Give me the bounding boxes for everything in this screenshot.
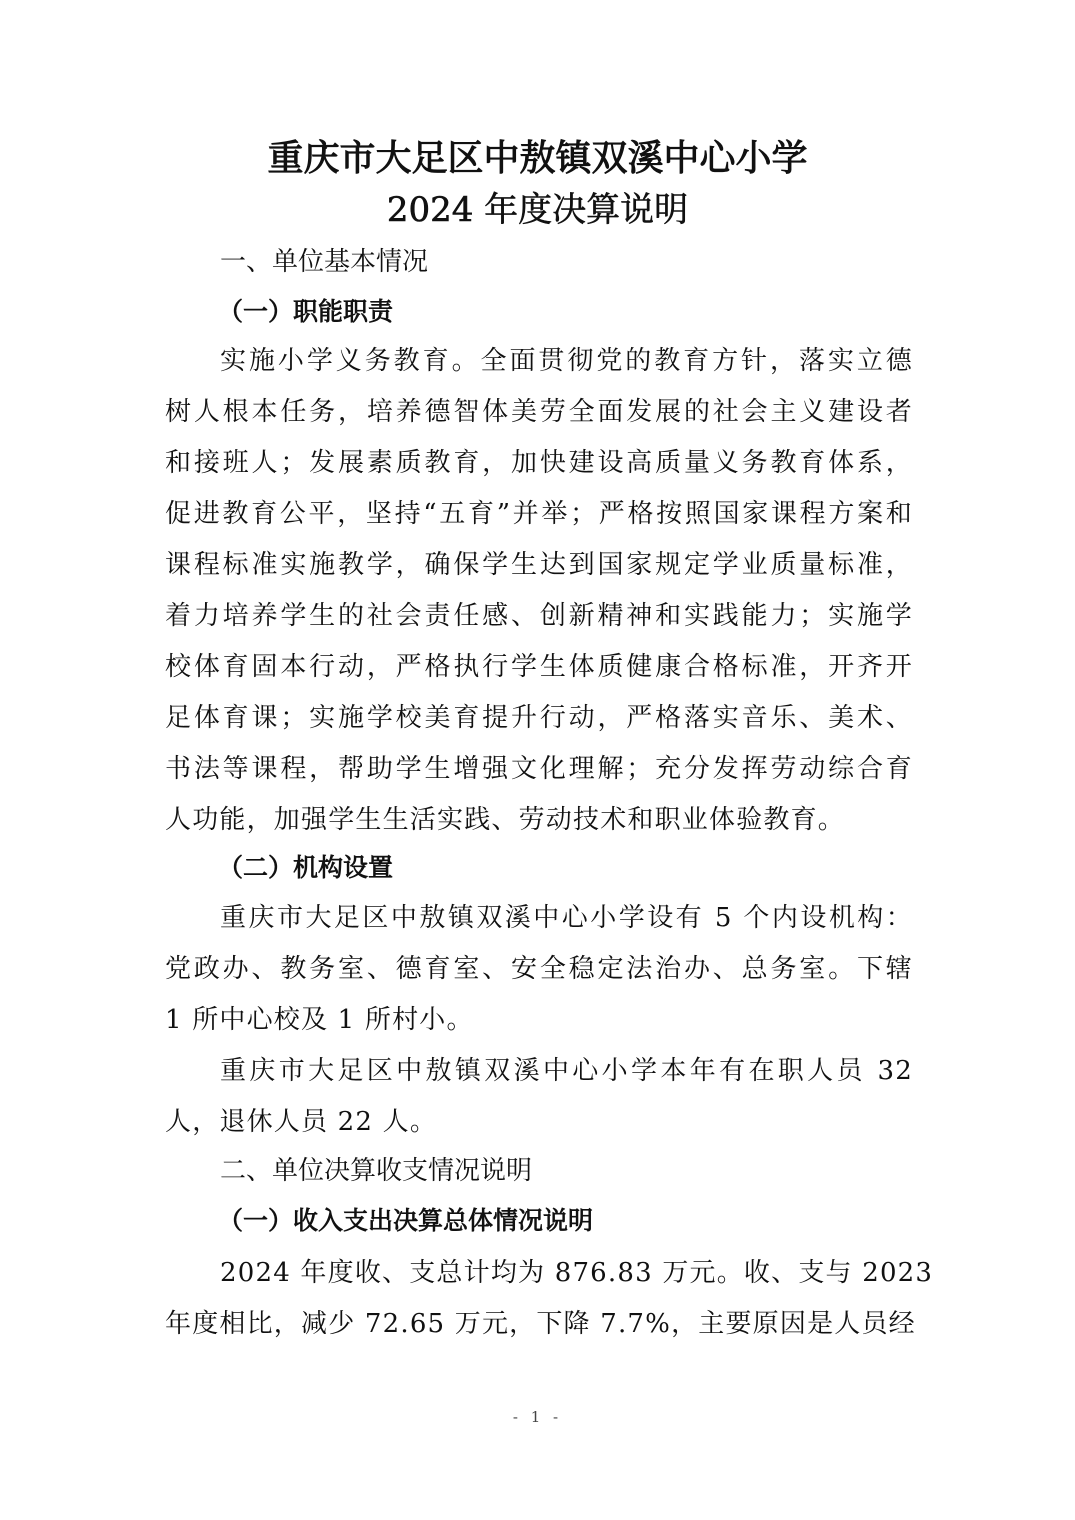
paragraph-line: 着力培养学生的社会责任感、创新精神和实践能力；实施学	[165, 598, 913, 634]
paragraph-line: 足体育课；实施学校美育提升行动，严格落实音乐、美术、	[165, 700, 913, 736]
paragraph-line: 重庆市大足区中敖镇双溪中心小学设有 5 个内设机构：	[220, 900, 913, 936]
paragraph-line: 课程标准实施教学，确保学生达到国家规定学业质量标准，	[165, 547, 913, 583]
paragraph-line: 人，退休人员 22 人。	[165, 1104, 913, 1140]
document-page: 重庆市大足区中敖镇双溪中心小学 2024 年度决算说明 一、单位基本情况 （一）…	[0, 0, 1075, 1520]
section2-sub1-heading: （一）收入支出决算总体情况说明	[218, 1203, 593, 1239]
paragraph-line: 1 所中心校及 1 所村小。	[165, 1002, 913, 1038]
document-title-line1: 重庆市大足区中敖镇双溪中心小学	[0, 136, 1075, 180]
paragraph-line: 树人根本任务，培养德智体美劳全面发展的社会主义建设者	[165, 394, 913, 430]
paragraph-line: 重庆市大足区中敖镇双溪中心小学本年有在职人员 32	[220, 1053, 913, 1089]
paragraph-line: 人功能，加强学生生活实践、劳动技术和职业体验教育。	[165, 802, 913, 838]
paragraph-line: 党政办、教务室、德育室、安全稳定法治办、总务室。下辖	[165, 951, 913, 987]
page-number: - 1 -	[0, 1408, 1075, 1426]
paragraph-line: 促进教育公平，坚持“五育”并举；严格按照国家课程方案和	[165, 496, 913, 532]
section1-sub2-heading: （二）机构设置	[218, 850, 393, 886]
section1-sub1-heading: （一）职能职责	[218, 294, 393, 330]
paragraph-line: 年度相比，减少 72.65 万元，下降 7.7%，主要原因是人员经	[165, 1306, 913, 1342]
paragraph-line: 书法等课程，帮助学生增强文化理解；充分发挥劳动综合育	[165, 751, 913, 787]
section1-heading: 一、单位基本情况	[220, 244, 428, 280]
paragraph-line: 2024 年度收、支总计均为 876.83 万元。收、支与 2023	[220, 1255, 913, 1291]
document-title-line2: 2024 年度决算说明	[0, 188, 1075, 232]
section2-heading: 二、单位决算收支情况说明	[220, 1153, 532, 1189]
paragraph-line: 和接班人；发展素质教育，加快建设高质量义务教育体系，	[165, 445, 913, 481]
paragraph-line: 实施小学义务教育。全面贯彻党的教育方针，落实立德	[220, 343, 913, 379]
paragraph-line: 校体育固本行动，严格执行学生体质健康合格标准，开齐开	[165, 649, 913, 685]
